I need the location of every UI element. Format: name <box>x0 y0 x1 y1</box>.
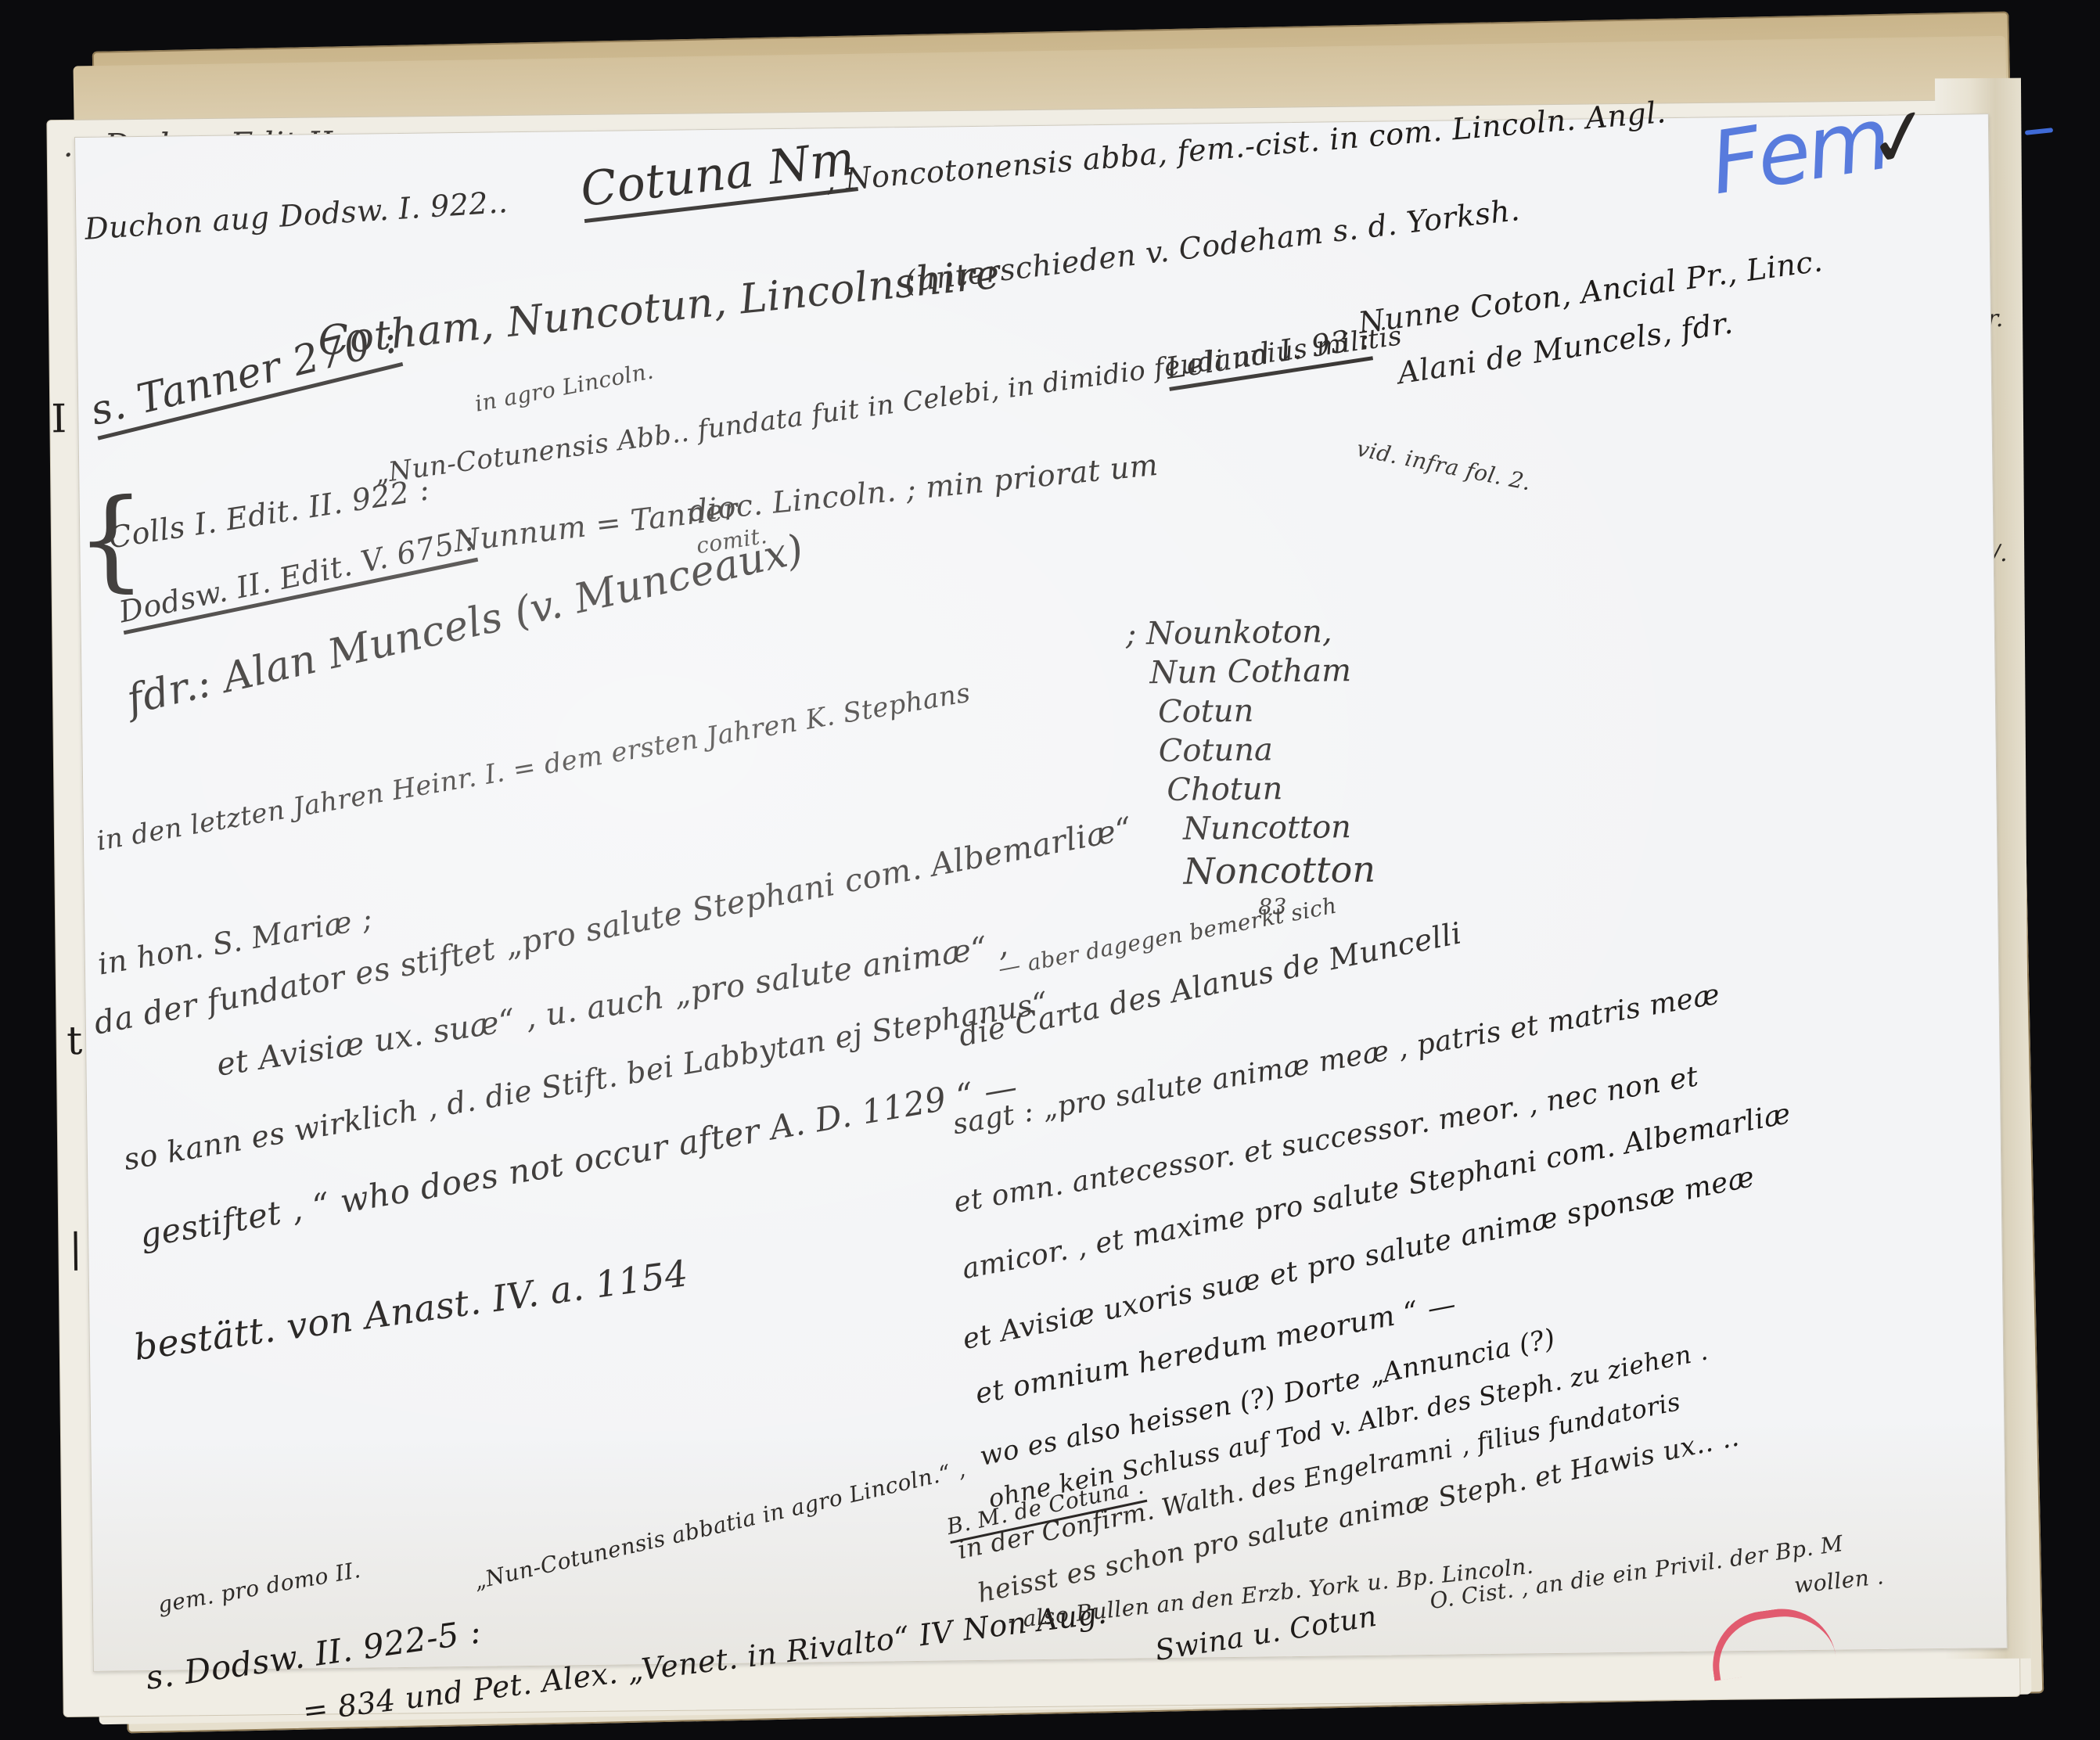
location-parenthetical: (unterschieden v. Codeham s. d. Yorksh. <box>902 192 1521 299</box>
dioc-text: dioc. Lincoln. ; min priorat um <box>687 448 1160 529</box>
colls-tail: vid. infra fol. 2. <box>1354 436 1534 496</box>
variant-item: Nuncotton <box>1183 809 1375 847</box>
page-title: Cotuna Nm <box>577 131 858 223</box>
variant-item: Nun Cotham <box>1149 652 1373 691</box>
location-names: Cotham, Nuncotun, Lincolnshire <box>316 251 1002 366</box>
variant-item: Cotun <box>1158 692 1374 730</box>
margin-mark-tanner: I <box>51 396 67 441</box>
leland-text: Nunne Coton, Ancial Pr., Linc. <box>1356 243 1825 340</box>
manuscript-photo: ... Dodsw. Edit II Ir. o/. Duchon aug Do… <box>0 0 2100 1740</box>
variant-item: Cotuna <box>1158 731 1374 769</box>
confirmation-line: bestätt. von Anast. IV. a. 1154 <box>131 1252 691 1368</box>
variant-item: Noncotton <box>1183 848 1375 893</box>
tanner-ref: s. Tanner 270 : <box>86 315 404 440</box>
carta-superscript: 83 <box>1258 893 1287 919</box>
colls-superscript: in agro Lincoln. <box>473 358 656 416</box>
margin-mark-t: t <box>67 1018 83 1063</box>
margin-mark-bar: | <box>69 1225 83 1271</box>
header-left-ref: Duchon aug Dodsw. I. 922.. <box>84 185 509 246</box>
blue-pencil-edge-mark <box>2025 128 2053 135</box>
name-variants-list: ; Nounkoton, Nun Cotham Cotun Cotuna Cho… <box>1126 613 1376 893</box>
variant-item: ; Nounkoton, <box>1126 613 1373 652</box>
manuscript-sheet: Duchon aug Dodsw. I. 922.. Cotuna Nm , N… <box>74 113 2008 1672</box>
variant-item: Chotun <box>1167 770 1375 808</box>
founder-time-line: in den letzten Jahren Heinr. I. = dem er… <box>95 677 973 857</box>
